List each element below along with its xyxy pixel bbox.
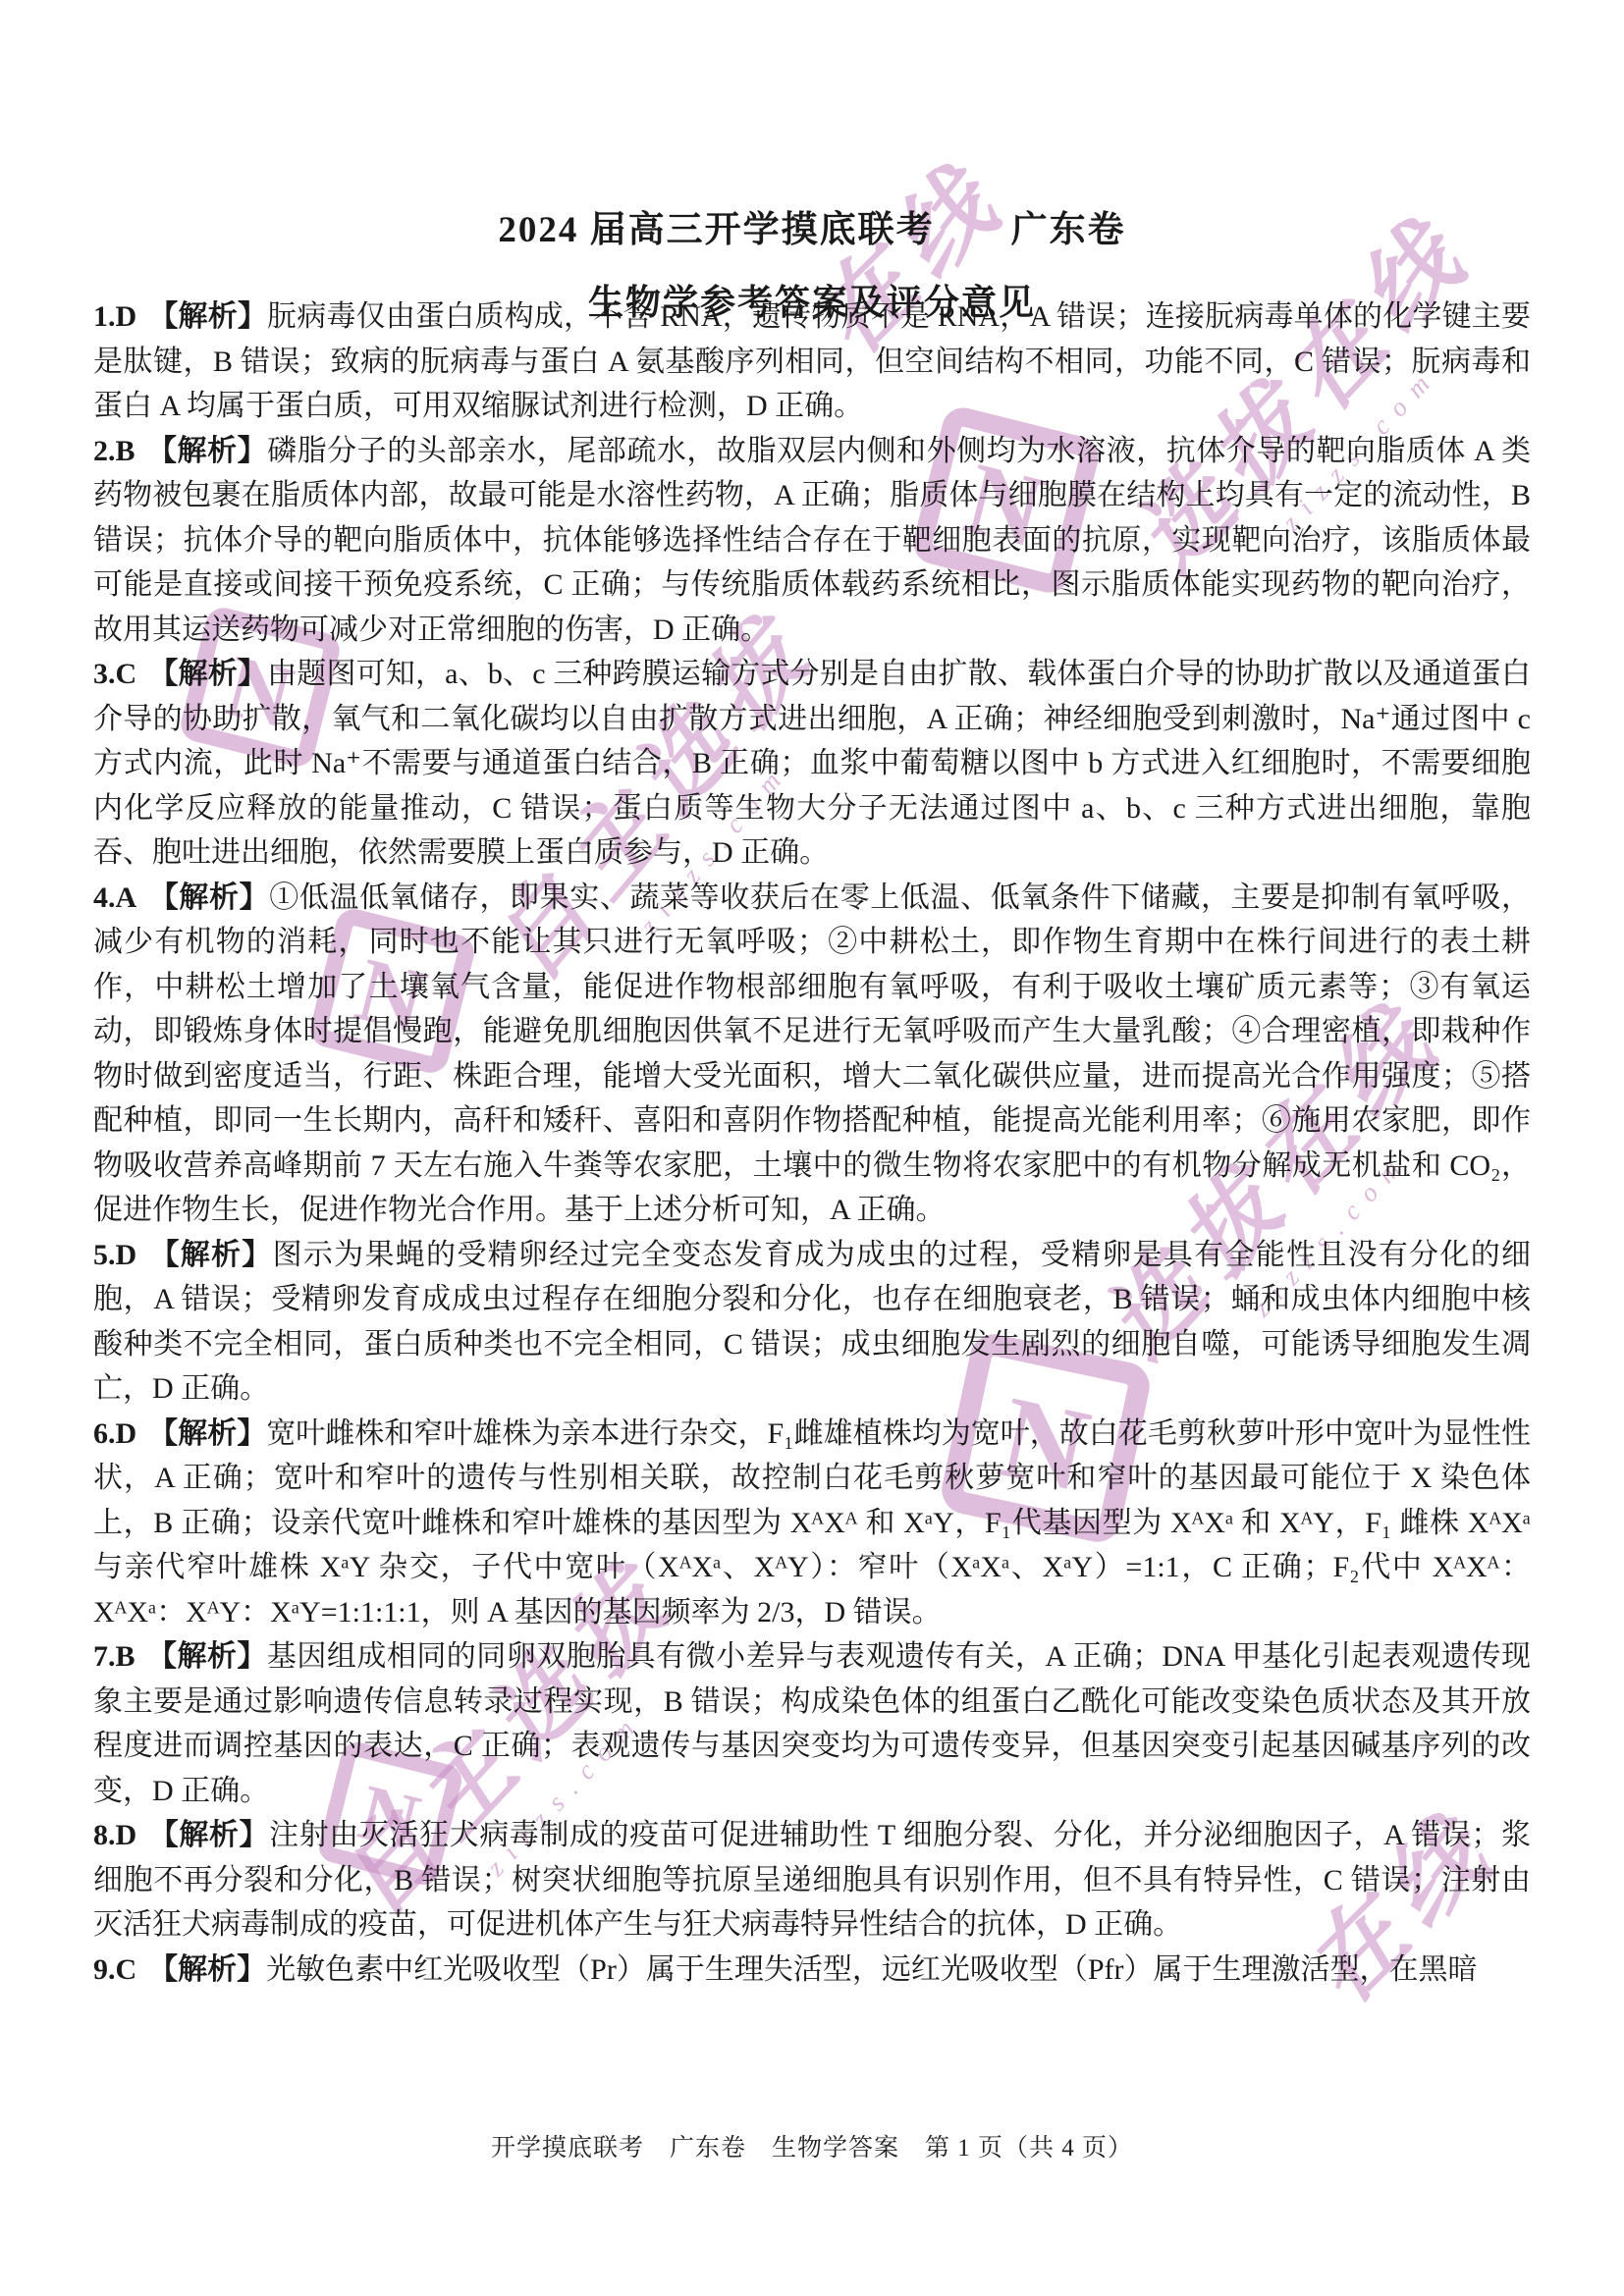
analysis-label: 【解析】	[148, 1819, 269, 1851]
answer-item-5: 5.D【解析】图示为果蝇的受精卵经过完全变态发育成为成虫的过程，受精卵是具有全能…	[93, 1233, 1531, 1412]
answer-item-2: 2.B【解析】磷脂分子的头部亲水，尾部疏水，故脂双层内侧和外侧均为水溶液，抗体介…	[93, 429, 1531, 653]
answer-item-6: 6.D【解析】宽叶雌株和窄叶雄株为亲本进行杂交，F₁雌雄植株均为宽叶，故白花毛剪…	[93, 1412, 1531, 1635]
answer-number: 6.D	[93, 1417, 136, 1450]
answer-number: 5.D	[93, 1239, 136, 1271]
analysis-label: 【解析】	[147, 435, 268, 467]
answer-text: ①低温低氧储存，即果实、蔬菜等收获后在零上低温、低氧条件下储藏，主要是抑制有氧呼…	[93, 881, 1531, 1227]
answer-number: 8.D	[93, 1819, 136, 1851]
answer-text: 宽叶雌株和窄叶雄株为亲本进行杂交，F₁雌雄植株均为宽叶，故白花毛剪秋萝叶形中宽叶…	[93, 1417, 1531, 1629]
analysis-label: 【解析】	[147, 1640, 267, 1673]
analysis-label: 【解析】	[148, 300, 267, 333]
answer-item-3: 3.C【解析】由题图可知，a、b、c 三种跨膜运输方式分别是自由扩散、载体蛋白介…	[93, 652, 1531, 876]
answer-number: 7.B	[93, 1640, 135, 1673]
page-footer: 开学摸底联考 广东卷 生物学答案 第 1 页（共 4 页）	[0, 2128, 1624, 2163]
analysis-label: 【解析】	[148, 881, 269, 914]
answer-item-4: 4.A【解析】①低温低氧储存，即果实、蔬菜等收获后在零上低温、低氧条件下储藏，主…	[93, 876, 1531, 1233]
answer-text: 基因组成相同的同卵双胞胎具有微小差异与表观遗传有关，A 正确；DNA 甲基化引起…	[93, 1640, 1531, 1807]
answer-text: 注射由灭活狂犬病毒制成的疫苗可促进辅助性 T 细胞分裂、分化，并分泌细胞因子，A…	[93, 1819, 1531, 1941]
answer-number: 2.B	[93, 435, 135, 467]
answer-number: 9.C	[93, 1953, 136, 1986]
analysis-label: 【解析】	[148, 658, 267, 690]
doc-title: 2024 届高三开学摸底联考 广东卷	[0, 199, 1624, 252]
answer-text: 朊病毒仅由蛋白质构成，不含 RNA，遗传物质不是 RNA，A 错误；连接朊病毒单…	[93, 300, 1531, 422]
answer-item-1: 1.D【解析】朊病毒仅由蛋白质构成，不含 RNA，遗传物质不是 RNA，A 错误…	[93, 294, 1531, 429]
answer-item-8: 8.D【解析】注射由灭活狂犬病毒制成的疫苗可促进辅助性 T 细胞分裂、分化，并分…	[93, 1813, 1531, 1948]
answer-number: 1.D	[93, 300, 136, 333]
answer-text: 磷脂分子的头部亲水，尾部疏水，故脂双层内侧和外侧均为水溶液，抗体介导的靶向脂质体…	[93, 435, 1531, 646]
answer-text: 光敏色素中红光吸收型（Pr）属于生理失活型，远红光吸收型（Pfr）属于生理激活型…	[266, 1953, 1477, 1986]
answer-item-7: 7.B【解析】基因组成相同的同卵双胞胎具有微小差异与表观遗传有关，A 正确；DN…	[93, 1634, 1531, 1813]
answer-item-9: 9.C【解析】光敏色素中红光吸收型（Pr）属于生理失活型，远红光吸收型（Pfr）…	[93, 1948, 1531, 1993]
answer-text: 图示为果蝇的受精卵经过完全变态发育成为成虫的过程，受精卵是具有全能性且没有分化的…	[93, 1239, 1531, 1406]
document-page: 在线 选拔在线 zizzs.com 自主选拔 zizzs.com 选拔在线 zi…	[0, 0, 1624, 2296]
answer-number: 3.C	[93, 658, 136, 690]
answer-number: 4.A	[93, 881, 136, 914]
analysis-label: 【解析】	[148, 1417, 266, 1450]
answer-text: 由题图可知，a、b、c 三种跨膜运输方式分别是自由扩散、载体蛋白介导的协助扩散以…	[93, 658, 1531, 869]
answers-content: 1.D【解析】朊病毒仅由蛋白质构成，不含 RNA，遗传物质不是 RNA，A 错误…	[93, 294, 1531, 1992]
analysis-label: 【解析】	[148, 1239, 272, 1271]
analysis-label: 【解析】	[148, 1953, 266, 1986]
